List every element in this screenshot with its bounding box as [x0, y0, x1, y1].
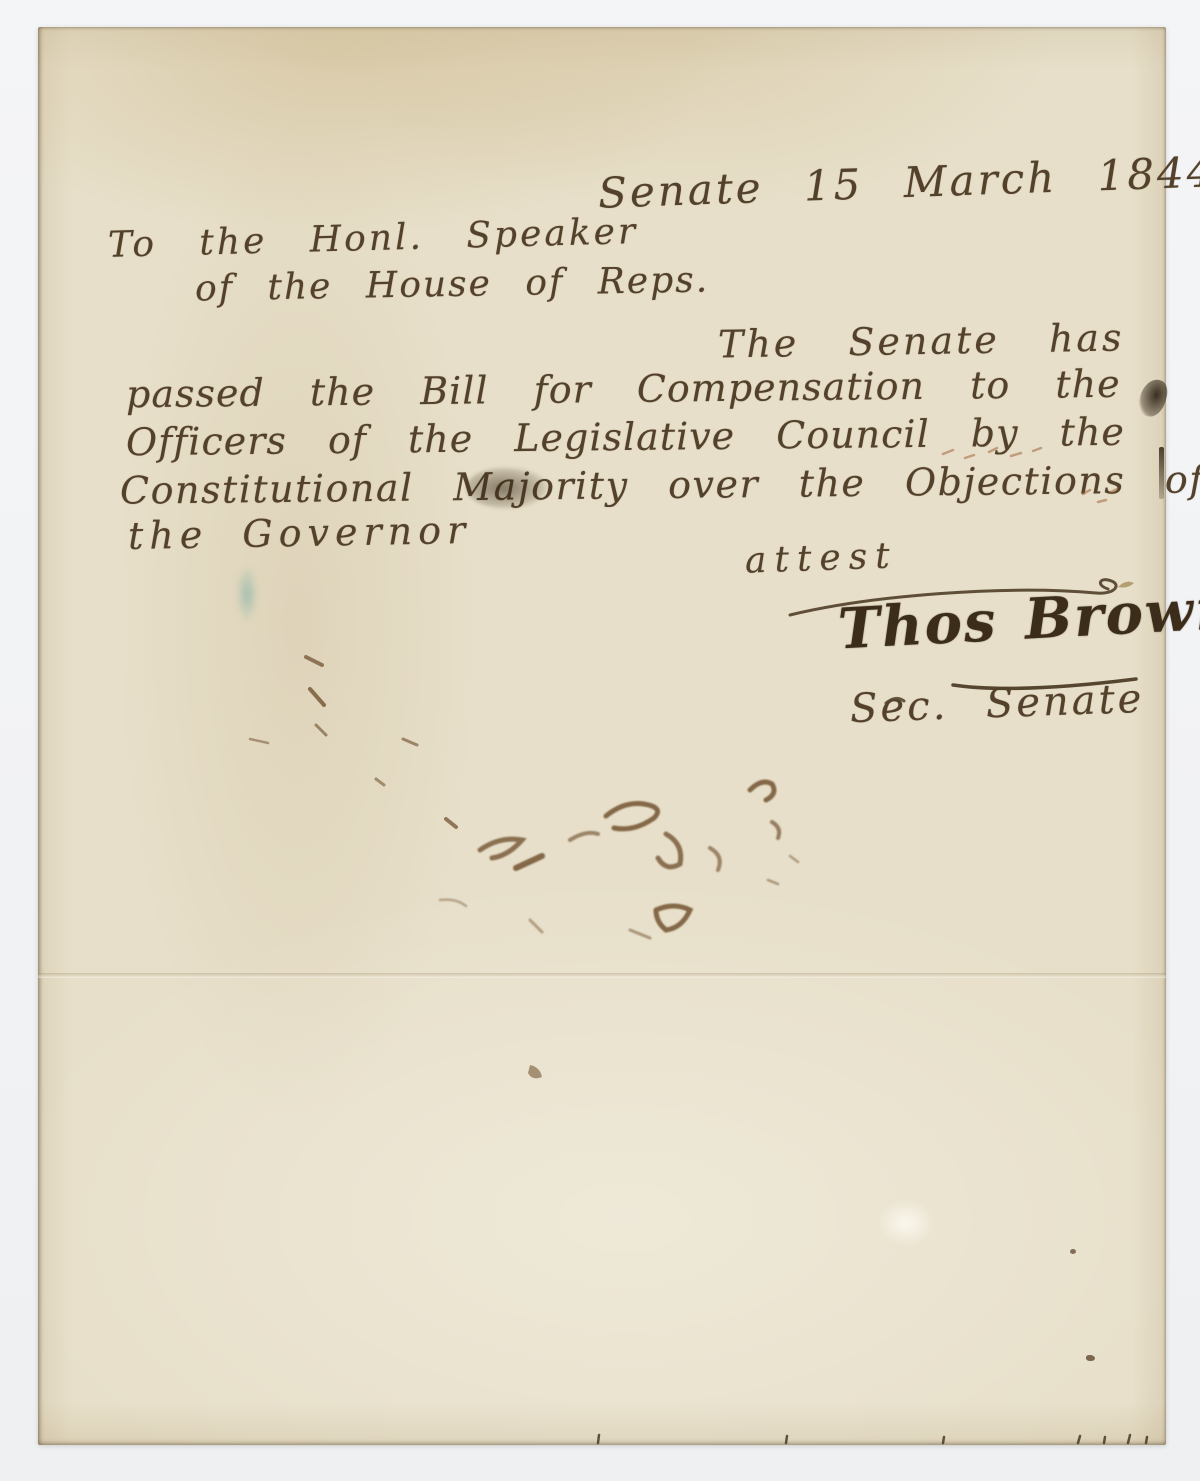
ink-smudge-cluster: [420, 760, 810, 970]
body-line-1: The Senate has: [718, 317, 1125, 366]
dateline-text: Senate 15 March 1844: [597, 149, 1200, 217]
paper-sheet: Senate 15 March 1844 To the Honl. Speake…: [38, 27, 1166, 1445]
scanned-letter-page: Senate 15 March 1844 To the Honl. Speake…: [0, 0, 1200, 1481]
salutation-line-1: To the Honl. Speaker: [108, 212, 639, 265]
ink-blot-majority: [466, 467, 548, 509]
edge-ink-blob: [1136, 376, 1170, 419]
pale-spot: [876, 1199, 936, 1247]
salutation-line-2: of the House of Reps.: [195, 261, 710, 310]
speck-bottom-right-1: [1070, 1249, 1076, 1254]
body-line-2: passed the Bill for Compensation to the: [126, 364, 1121, 416]
body-line-5: the Governor: [128, 510, 472, 558]
bottom-edge-ticks: [38, 1431, 1166, 1445]
ink-speck-lower: [508, 1047, 568, 1107]
speck-bottom-right-2: [1086, 1355, 1095, 1361]
signature-title-text: Sec. Senate: [849, 677, 1145, 731]
red-speckles: [933, 442, 1133, 532]
edge-ink-streak: [1159, 447, 1164, 499]
fold-crease: [38, 973, 1166, 978]
